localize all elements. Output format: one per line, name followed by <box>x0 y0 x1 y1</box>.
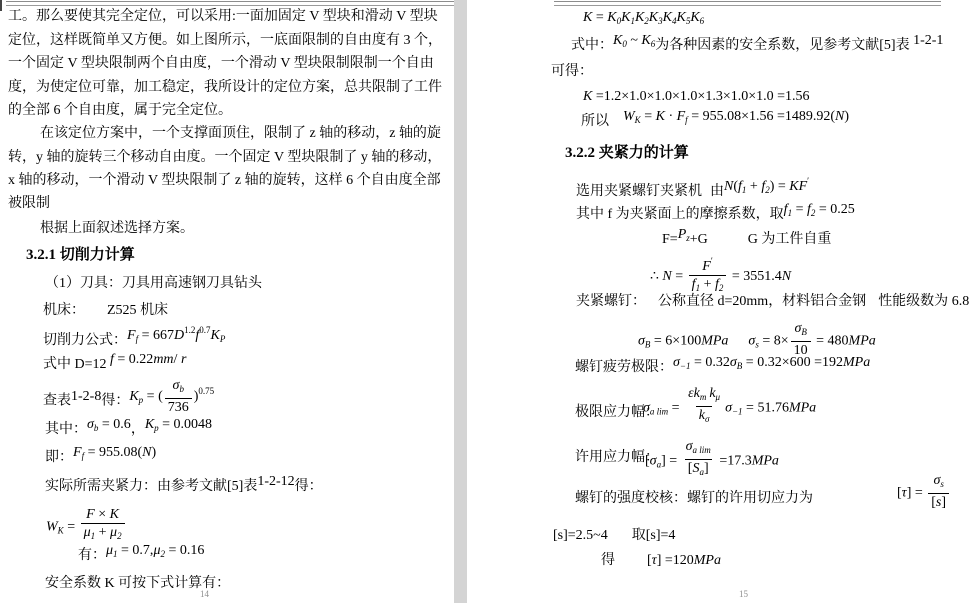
text-run: ∴ <box>650 269 662 284</box>
text-run: a lim <box>650 407 668 417</box>
text-run: d=20mm <box>714 294 768 309</box>
text-line: 3.2.1 切削力计算 <box>26 245 135 266</box>
text-line: 转，y 轴的旋转三个移动自由度。一个固定 V 型块限制了 y 轴的移动， <box>8 148 441 168</box>
text-run: ) <box>844 109 849 124</box>
text-run: f <box>784 202 788 217</box>
text-run: ，材料铝合金钢 <box>768 294 866 309</box>
text-run: μ <box>110 525 117 540</box>
text-line: 被限制 <box>8 194 50 214</box>
text-run: W <box>46 520 58 535</box>
text-run: = ( <box>143 389 163 404</box>
fraction-numerator: σs <box>930 472 946 493</box>
text-run: K <box>635 115 641 125</box>
text-run: 1-2-12 <box>257 474 294 489</box>
text-run: V <box>277 56 294 71</box>
text-run: = 0.16 <box>165 543 204 558</box>
text-line: （1）刀具：刀具用高速钢刀具钻头 <box>45 274 262 294</box>
text-line: 其中 f 为夹紧面上的摩擦系数，取f1 = f2 = 0.25 <box>576 205 855 228</box>
text-run: r <box>181 352 186 367</box>
text-run: 个自由度，属于完全定位。 <box>64 103 232 118</box>
text-run: + <box>746 179 761 194</box>
text-run: = 0.32 <box>690 355 729 370</box>
text-run: K <box>649 10 658 25</box>
text-run: N <box>662 269 671 284</box>
text-run: MPa <box>752 454 779 469</box>
text-run: MPa <box>843 355 870 370</box>
text-run: 得： <box>101 394 129 409</box>
text-run: = 8× <box>759 334 789 349</box>
text-run: F= <box>662 232 678 247</box>
text-run: N <box>835 109 844 124</box>
text-run: 为各种因素的安全系数，见参考文献 <box>655 38 879 53</box>
text-run: = <box>792 202 807 217</box>
text-run: 0.75 <box>198 386 214 396</box>
text-run: [5] <box>879 38 895 53</box>
text-run: 其中 <box>576 207 604 222</box>
text-run: σ <box>686 439 693 454</box>
text-run: W <box>623 109 635 124</box>
text-run: 在该定位方案中，一个支撑面顶住，限制了 <box>40 126 306 141</box>
text-run: 由 <box>710 184 724 199</box>
text-run: = <box>64 520 79 535</box>
text-run: MPa <box>701 334 728 349</box>
fraction-numerator: σB <box>791 320 809 341</box>
text-run: 其中： <box>45 422 87 437</box>
text-run: = 480 <box>813 334 849 349</box>
text-run: =17.3 <box>716 454 752 469</box>
fraction: σs[s] <box>928 472 949 511</box>
text-run: 机床 <box>140 303 168 318</box>
text-run: 有： <box>78 548 106 563</box>
text-line: 可得： <box>551 62 593 82</box>
text-run: 即： <box>45 450 73 465</box>
text-run: 安全系数 <box>45 576 101 591</box>
text-run: y <box>357 150 371 165</box>
text-run: 一个固定 <box>8 56 64 71</box>
text-run: V <box>393 9 410 24</box>
text-run: 转， <box>8 150 36 165</box>
text-line: 式中：K0 ~ K6为各种因素的安全系数，见参考文献[5]表 1-2-1 <box>571 36 943 59</box>
text-run: σ <box>725 401 732 416</box>
text-run: 型块限制两个自由度，一个滑动 <box>81 56 277 71</box>
text-run: = 955.08( <box>84 445 142 460</box>
text-run: 公称直径 <box>658 294 714 309</box>
text-run: ) <box>151 445 156 460</box>
text-run: （1）刀具：刀具用高速钢刀具钻头 <box>45 276 262 291</box>
text-run: KF <box>789 179 807 194</box>
fraction-numerator: σb <box>170 377 187 398</box>
text-run: 式中 <box>43 357 71 372</box>
page-left: 工。那么要使其完全定位，可以采用:一面加固定 V 型块和滑动 V 型块定位，这样… <box>0 0 454 603</box>
text-run: 实际所需夹紧力：由参考文献 <box>45 479 227 494</box>
text-run: = <box>672 269 687 284</box>
text-line: 3.2.2 夹紧力的计算 <box>565 143 689 164</box>
text-run: mm <box>153 352 173 367</box>
text-line: [τ] = σs[s] <box>897 474 951 513</box>
text-line: 切削力公式：Ff = 667D1.2f0.7KP <box>43 325 225 354</box>
text-run: [s]=4 <box>646 528 676 543</box>
page-number-left: 14 <box>200 589 209 599</box>
text-run: 机床： <box>43 303 85 318</box>
text-run: −1 <box>732 407 743 417</box>
text-run: s <box>940 479 944 489</box>
text-run: 选用夹紧螺钉夹紧机 <box>576 184 702 199</box>
text-line: [σa] = σa lim[Sa] =17.3MPa <box>645 440 779 483</box>
text-run: ′ <box>711 256 713 266</box>
text-run: x <box>8 173 19 188</box>
text-run: D <box>174 328 184 343</box>
text-run: m <box>700 392 707 402</box>
text-run: 2 <box>117 531 122 541</box>
text-line: 工。那么要使其完全定位，可以采用:一面加固定 V 型块和滑动 V 型块 <box>8 7 438 27</box>
fraction: εkmkμkσ <box>685 385 723 428</box>
text-run: μ <box>106 543 113 558</box>
fraction-denominator: kσ <box>696 406 713 428</box>
text-line: 得[τ] =120MPa <box>601 551 721 571</box>
text-run: K <box>583 10 592 25</box>
text-line: 实际所需夹紧力：由参考文献[5]表1-2-12得： <box>45 477 323 497</box>
text-line: x 轴的移动，一个滑动 V 型块限制了 z 轴的旋转，这样 6 个自由度全部 <box>8 171 441 191</box>
text-line: 螺钉疲劳极限：σ−1 = 0.32σB = 0.32×600 =192MPa <box>575 358 870 381</box>
text-run: V <box>306 9 323 24</box>
text-run: MPa <box>694 553 721 568</box>
text-run: = <box>668 401 683 416</box>
text-run: MPa <box>849 334 876 349</box>
text-run: ] <box>704 461 709 476</box>
text-run: = 667 <box>138 328 174 343</box>
page-right-content: K = K0K1K2K3K4K5K6式中：K0 ~ K6为各种因素的安全系数，见… <box>467 0 972 603</box>
text-run: σ <box>638 334 645 349</box>
text-run: 6 <box>700 16 705 26</box>
text-run: Z525 <box>107 303 140 318</box>
text-line: 在该定位方案中，一个支撑面顶住，限制了 z 轴的移动，z 轴的旋 <box>40 124 441 144</box>
text-line: 即：Ff = 955.08(N) <box>45 448 156 471</box>
text-run: 0.7 <box>199 325 210 335</box>
text-line: 螺钉的强度校核：螺钉的许用切应力为 <box>575 489 813 509</box>
text-run: ， <box>131 422 145 437</box>
text-run: × <box>95 507 110 522</box>
fraction: σB10 <box>791 320 811 359</box>
text-run: 取 <box>632 528 646 543</box>
text-run: F <box>127 328 136 343</box>
text-run: [s]=2.5~4 <box>553 528 608 543</box>
text-run: V <box>145 173 162 188</box>
text-run: 轴的移动，一个滑动 <box>19 173 145 188</box>
text-run: + <box>95 525 110 540</box>
text-run: K <box>583 89 592 104</box>
text-line: 定位，这样既简单又方便。如上图所示，一底面限制的自由度有 3 个， <box>8 31 442 51</box>
text-run: 得 <box>601 553 615 568</box>
text-run: 根据上面叙述选择方案。 <box>40 221 194 236</box>
text-run: a lim <box>693 445 711 455</box>
text-run: 式中： <box>571 38 613 53</box>
text-run: 性能级数为 <box>878 294 948 309</box>
text-line: K = K0K1K2K3K4K5K6 <box>583 8 704 31</box>
text-run: 型块 <box>410 9 438 24</box>
page-left-content: 工。那么要使其完全定位，可以采用:一面加固定 V 型块和滑动 V 型块定位，这样… <box>0 0 454 603</box>
text-run: 为夹紧面上的摩擦系数，取 <box>616 207 784 222</box>
text-run: = 0.25 <box>815 202 854 217</box>
text-run: K <box>101 576 118 591</box>
text-run: 轴的移动， <box>319 126 389 141</box>
text-run: 可得： <box>551 64 593 79</box>
text-run: 6 <box>651 39 656 49</box>
text-run: 被限制 <box>8 196 50 211</box>
text-line: 度，为使定位可靠，加工稳定，我所设计的定位方案，总共限制了工件 <box>8 78 442 98</box>
text-run: 螺钉的强度校核：螺钉的许用切应力为 <box>575 491 813 506</box>
text-run: f <box>604 207 616 222</box>
text-run: z <box>389 126 399 141</box>
text-run: K <box>663 10 672 25</box>
text-run: μ <box>716 392 721 402</box>
fraction: F′f1 + f2 <box>689 253 727 297</box>
text-run: N <box>724 179 733 194</box>
text-run: 型块限制了 <box>287 150 357 165</box>
text-run: N <box>782 269 791 284</box>
text-run: +G <box>690 232 708 247</box>
text-run: = 0.6 <box>98 417 130 432</box>
text-run: P <box>220 334 226 344</box>
text-line: K =1.2×1.0×1.0×1.0×1.3×1.0×1.0 =1.56 <box>583 87 810 107</box>
text-line: 根据上面叙述选择方案。 <box>40 219 194 239</box>
text-run: μ <box>84 525 91 540</box>
text-run: 切削力公式： <box>43 333 127 348</box>
text-run: 6 <box>50 103 64 118</box>
text-line: WK = F × Kμ1 + μ2 <box>46 508 127 547</box>
text-run: 查表 <box>43 394 71 409</box>
page-edge-tick <box>0 0 2 11</box>
text-line: [s]=2.5~4取[s]=4 <box>553 526 675 546</box>
text-run: y <box>36 150 47 165</box>
text-line: 式中 D=12 f = 0.22mm/ r <box>43 355 186 375</box>
text-run: 736 <box>168 400 189 415</box>
text-run: 定位，这样既简单又方便。如上图所示，一底面限制的自由度有 <box>8 33 400 48</box>
text-run: = 0.22 <box>114 352 153 367</box>
text-run: ] <box>941 495 946 510</box>
text-line: 选用夹紧螺钉夹紧机由N(f1 + f2) = KF′ <box>576 176 809 205</box>
text-run: z <box>306 126 319 141</box>
text-run: z <box>686 233 690 243</box>
text-run: V <box>64 56 81 71</box>
text-run: 1 <box>113 549 118 559</box>
page-number-right: 15 <box>739 589 748 599</box>
text-run: F <box>677 109 686 124</box>
text-line: 一个固定 V 型块限制两个自由度，一个滑动 V 型块限制限制一个自由 <box>8 54 434 74</box>
text-run: ] = <box>661 454 681 469</box>
text-run: 型块限制限制一个自由 <box>294 56 434 71</box>
text-run: 夹紧螺钉： <box>576 294 646 309</box>
text-run: K <box>110 507 119 522</box>
text-run: 6 <box>343 173 357 188</box>
text-run: K <box>690 10 699 25</box>
text-run: MPa <box>789 401 816 416</box>
fraction: σa lim[Sa] <box>683 438 714 481</box>
text-run: + <box>700 277 715 292</box>
text-run: K <box>607 10 616 25</box>
text-line: σa lim = εkmkμkσσ−1 = 51.76MPa <box>643 387 816 430</box>
fraction-numerator: F′ <box>699 253 716 275</box>
text-run: 轴的移动， <box>371 150 441 165</box>
text-run: ] = <box>907 486 927 501</box>
text-run: 6.8 <box>948 294 972 309</box>
text-run: ′ <box>807 176 809 186</box>
text-run: z <box>231 173 244 188</box>
text-line: F=Pz+GG 为工件自重 <box>662 230 831 253</box>
page-right: K = K0K1K2K3K4K5K6式中：K0 ~ K6为各种因素的安全系数，见… <box>467 0 972 603</box>
text-run: 1-2-8 <box>71 389 101 404</box>
fraction-denominator: [Sa] <box>685 459 712 481</box>
fraction: σb736 <box>165 377 192 416</box>
text-line: 有：μ1 = 0.7,μ2 = 0.16 <box>78 546 204 569</box>
text-run: B <box>801 327 807 337</box>
text-run: G <box>748 232 762 247</box>
text-run: 型块和滑动 <box>323 9 393 24</box>
fraction-numerator: σa lim <box>683 438 714 459</box>
text-run: K <box>656 109 665 124</box>
text-run: = 0.7, <box>118 543 154 558</box>
text-run: ) = <box>770 179 790 194</box>
text-run: K <box>641 33 650 48</box>
text-run: = <box>641 109 656 124</box>
fraction-denominator: [s] <box>928 493 949 511</box>
text-run: σ <box>705 414 709 424</box>
heading-text: 3.2.2 夹紧力的计算 <box>565 145 689 161</box>
text-run: 个， <box>414 33 442 48</box>
text-run: K <box>676 10 685 25</box>
text-run: / <box>174 352 181 367</box>
text-run: σ <box>643 401 650 416</box>
text-run: 个自由度全部 <box>357 173 441 188</box>
fraction-denominator: μ1 + μ2 <box>81 523 125 545</box>
text-run: [5] <box>227 479 243 494</box>
text-line: 夹紧螺钉：公称直径 d=20mm，材料铝合金钢性能级数为 6.8 级 <box>576 292 972 312</box>
text-run: 的全部 <box>8 103 50 118</box>
text-run: 1-2-1 <box>910 33 944 48</box>
heading-text: 3.2.1 切削力计算 <box>26 247 135 263</box>
text-run: P <box>678 227 687 242</box>
text-run: b <box>179 384 184 394</box>
text-run: 工。那么要使其完全定位，可以采用:一面加固定 <box>8 9 306 24</box>
text-run: · <box>665 109 677 124</box>
text-run: = 0.0048 <box>159 417 212 432</box>
fraction-numerator: εkmkμ <box>685 385 723 406</box>
text-run: ~ <box>627 33 642 48</box>
text-run: K <box>211 328 220 343</box>
text-run: σ <box>730 355 737 370</box>
fraction: F × Kμ1 + μ2 <box>81 506 125 545</box>
text-run: 1.2 <box>184 325 195 335</box>
text-run: K <box>635 10 644 25</box>
text-run: σ <box>673 355 680 370</box>
text-run: 得： <box>295 479 323 494</box>
text-run: K <box>129 389 138 404</box>
text-run: 螺钉疲劳极限： <box>575 360 673 375</box>
text-run: = 3551.4 <box>728 269 781 284</box>
text-line: 机床：Z525 机床 <box>43 301 168 321</box>
text-run: 表 <box>243 479 257 494</box>
text-run: D=12 <box>71 357 110 372</box>
text-run: 可按下式计算有： <box>118 576 230 591</box>
text-run: σ <box>87 417 94 432</box>
text-line: 查表1-2-8得：Kp = (σb736)0.75 <box>43 382 214 421</box>
text-run: K <box>145 417 154 432</box>
text-run: 度，为使定位可靠，加工稳定，我所设计的定位方案，总共限制了工件 <box>8 80 442 95</box>
text-run: 所以 <box>581 114 609 129</box>
text-line: 的全部 6 个自由度，属于完全定位。 <box>8 101 232 121</box>
text-run: F <box>86 507 95 522</box>
text-run: = 6×100 <box>650 334 701 349</box>
text-run: 表 <box>896 38 910 53</box>
text-run: = 51.76 <box>743 401 789 416</box>
text-run: K <box>613 33 622 48</box>
text-run: 型块限制了 <box>161 173 231 188</box>
text-run: =1.2×1.0×1.0×1.0×1.3×1.0×1.0 =1.56 <box>592 89 809 104</box>
text-run: = 955.08×1.56 =1489.92( <box>688 109 835 124</box>
text-run: p <box>154 423 159 433</box>
text-run: F <box>702 259 711 274</box>
text-run: 轴的旋 <box>399 126 441 141</box>
fraction-numerator: F × K <box>83 506 122 523</box>
text-run: V <box>271 150 288 165</box>
text-run: ] =120 <box>657 553 694 568</box>
text-line: 其中：σb = 0.6，Kp = 0.0048 <box>45 420 212 443</box>
text-run: = <box>592 10 607 25</box>
text-run: εk <box>688 386 700 401</box>
text-run: σ <box>650 454 657 469</box>
text-run: F <box>73 445 82 460</box>
text-run: = 0.32×600 =192 <box>742 355 843 370</box>
fraction-denominator: 736 <box>165 398 192 416</box>
text-run: 轴的旋转三个移动自由度。一个固定 <box>47 150 271 165</box>
text-run: 轴的旋转，这样 <box>245 173 343 188</box>
text-run: 为工件自重 <box>761 232 831 247</box>
text-run: −1 <box>680 361 691 371</box>
text-run: 3 <box>400 33 414 48</box>
text-line: 所以WK = K · Ff = 955.08×1.56 =1489.92(N) <box>581 112 849 135</box>
